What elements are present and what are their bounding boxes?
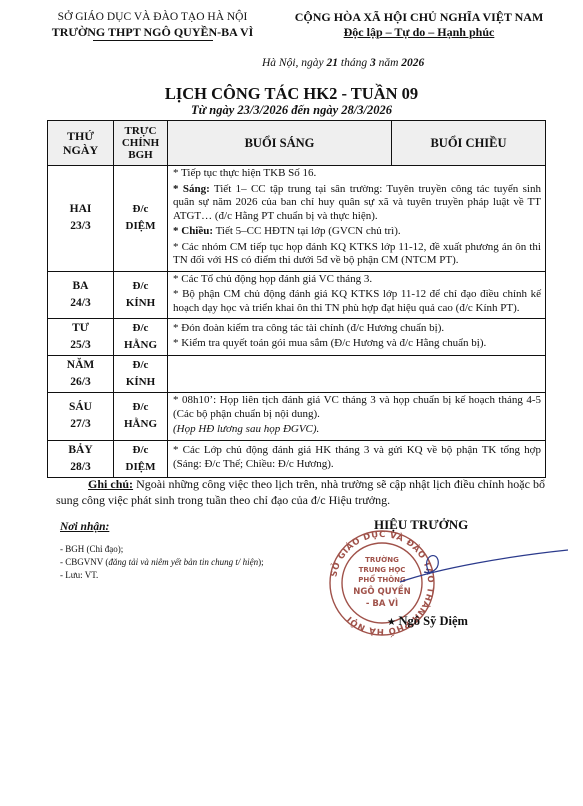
note-label: Ghi chú:: [88, 477, 133, 491]
table-row: HAI23/3Đ/cDIỆM* Tiếp tục thực hiện TKB S…: [48, 166, 546, 272]
duty-line: DIỆM: [115, 459, 166, 476]
national-header: CỘNG HÒA XÃ HỘI CHỦ NGHĨA VIỆT NAM Độc l…: [285, 10, 553, 40]
cell-schedule: [168, 356, 546, 393]
cell-duty: Đ/cKÍNH: [114, 356, 168, 393]
schedule-item-text: * Các Lớp chủ động đánh giá HK tháng 3 v…: [173, 444, 541, 470]
weekday: BẢY: [49, 442, 112, 459]
document-subtitle: Từ ngày 23/3/2026 đến ngày 28/3/2026: [0, 103, 583, 118]
table-row: SÁU27/3Đ/cHẰNG* 08h10’: Họp liên tịch đá…: [48, 393, 546, 441]
schedule-item: * Các Lớp chủ động đánh giá HK tháng 3 v…: [173, 444, 541, 471]
weekday: BA: [49, 278, 112, 295]
date: 26/3: [49, 374, 112, 391]
column-header-duty-line: BGH: [115, 149, 166, 161]
column-header-day-line: THỨ: [49, 129, 112, 143]
recipient-text: - BGH (Chỉ đạo);: [60, 544, 123, 554]
cell-day: NĂM26/3: [48, 356, 114, 393]
column-header-duty: TRỰC CHÍNH BGH: [114, 121, 168, 166]
recipients-title: Nơi nhận:: [60, 521, 109, 533]
school-name: TRƯỜNG THPT NGÔ QUYỀN-BA VÌ: [50, 25, 255, 40]
schedule-item: * Tiếp tục thực hiện TKB Số 16.: [173, 167, 541, 181]
column-header-morning: BUỔI SÁNG: [168, 121, 392, 166]
schedule-item-label: * Sáng:: [173, 183, 210, 195]
cell-schedule: * Đón đoàn kiểm tra công tác tài chính (…: [168, 319, 546, 356]
schedule-item: * Chiều: Tiết 5–CC HĐTN tại lớp (GVCN ch…: [173, 225, 541, 239]
duty-line: DIỆM: [115, 218, 166, 235]
schedule-item-text: * Các nhóm CM tiếp tục họp đánh KQ KTKS …: [173, 241, 541, 267]
schedule-table: THỨ NGÀY TRỰC CHÍNH BGH BUỔI SÁNG BUỔI C…: [47, 120, 546, 478]
weekday: TƯ: [49, 320, 112, 337]
duty-line: KÍNH: [115, 295, 166, 312]
weekday: NĂM: [49, 357, 112, 374]
schedule-item-text: (Họp HĐ lương sau họp ĐGVC).: [173, 423, 319, 435]
duty-line: HẰNG: [115, 416, 166, 433]
schedule-item: * Sáng: Tiết 1– CC tập trung tại sân trư…: [173, 183, 541, 224]
table-row: BẢY28/3Đ/cDIỆM * Các Lớp chủ động đánh g…: [48, 440, 546, 477]
column-header-afternoon: BUỔI CHIỀU: [392, 121, 546, 166]
schedule-item: * Các nhóm CM tiếp tục họp đánh KQ KTKS …: [173, 241, 541, 268]
column-header-day-line: NGÀY: [49, 143, 112, 157]
recipient-item: - Lưu: VT.: [60, 569, 264, 582]
nation-name: CỘNG HÒA XÃ HỘI CHỦ NGHĨA VIỆT NAM: [285, 10, 553, 25]
recipient-text: - CBGVNV (: [60, 557, 108, 567]
cell-schedule: * Các Tổ chủ động họp đánh giá VC tháng …: [168, 271, 546, 319]
recipients-list: - BGH (Chỉ đạo);- CBGVNV (đăng tải và ni…: [60, 543, 264, 582]
recipient-note: đăng tải và niêm yết bản tin chung t/ hi…: [108, 557, 258, 567]
schedule-item: (Họp HĐ lương sau họp ĐGVC).: [173, 423, 541, 437]
cell-schedule: * Tiếp tục thực hiện TKB Số 16.* Sáng: T…: [168, 166, 546, 272]
schedule-item: * Kiểm tra quyết toán gói mua sắm (Đ/c H…: [173, 337, 541, 351]
recipient-text: - Lưu: VT.: [60, 570, 98, 580]
cell-day: HAI23/3: [48, 166, 114, 272]
signature-scribble: [390, 548, 570, 588]
weekday: HAI: [49, 201, 112, 218]
schedule-item-text: * Kiểm tra quyết toán gói mua sắm (Đ/c H…: [173, 337, 486, 349]
cell-day: BA24/3: [48, 271, 114, 319]
schedule-item-text: Tiết 1– CC tập trung tại sân trường: Tuy…: [173, 183, 541, 222]
date-day: 21: [327, 57, 339, 69]
date-line: Hà Nội, ngày 21 tháng 3 năm 2026: [262, 57, 424, 69]
schedule-item: * Đón đoàn kiểm tra công tác tài chính (…: [173, 322, 541, 336]
cell-duty: Đ/cDIỆM: [114, 166, 168, 272]
duty-line: Đ/c: [115, 278, 166, 295]
schedule-item-label: * Chiều:: [173, 225, 213, 237]
date-prefix: Hà Nội, ngày: [262, 57, 327, 69]
recipient-suffix: );: [258, 557, 264, 567]
signer-name: ★ Ngô Sỹ Diệm: [387, 614, 468, 629]
date-year-label: năm: [376, 57, 402, 69]
cell-day: SÁU27/3: [48, 393, 114, 441]
duty-line: Đ/c: [115, 357, 166, 374]
signer-name-text: Ngô Sỹ Diệm: [398, 614, 467, 628]
schedule-item: * Các Tổ chủ động họp đánh giá VC tháng …: [173, 273, 541, 287]
cell-day: BẢY28/3: [48, 440, 114, 477]
document-title: LỊCH CÔNG TÁC HK2 - TUẦN 09: [0, 84, 583, 104]
cell-schedule: * Các Lớp chủ động đánh giá HK tháng 3 v…: [168, 440, 546, 477]
recipient-item: - CBGVNV (đăng tải và niêm yết bản tin c…: [60, 556, 264, 569]
duty-line: Đ/c: [115, 442, 166, 459]
table-row: BA24/3Đ/cKÍNH* Các Tổ chủ động họp đánh …: [48, 271, 546, 319]
cell-duty: Đ/cHẰNG: [114, 319, 168, 356]
column-header-day: THỨ NGÀY: [48, 121, 114, 166]
duty-line: HẰNG: [115, 337, 166, 354]
schedule-item-text: * Đón đoàn kiểm tra công tác tài chính (…: [173, 322, 444, 334]
duty-line: KÍNH: [115, 374, 166, 391]
date-month-label: tháng: [338, 57, 370, 69]
column-header-duty-line: TRỰC: [115, 125, 166, 137]
date: 28/3: [49, 459, 112, 476]
table-header-row: THỨ NGÀY TRỰC CHÍNH BGH BUỔI SÁNG BUỔI C…: [48, 121, 546, 166]
department-name: SỞ GIÁO DỤC VÀ ĐÀO TẠO HÀ NỘI: [50, 10, 255, 25]
schedule-item-text: Tiết 5–CC HĐTN tại lớp (GVCN chủ trì).: [213, 225, 401, 237]
issuer-block: SỞ GIÁO DỤC VÀ ĐÀO TẠO HÀ NỘI TRƯỜNG THP…: [50, 10, 255, 41]
cell-duty: Đ/cHẰNG: [114, 393, 168, 441]
schedule-item: * 08h10’: Họp liên tịch đánh giá VC thán…: [173, 394, 541, 421]
cell-schedule: * 08h10’: Họp liên tịch đánh giá VC thán…: [168, 393, 546, 441]
schedule-item: * Bộ phận CM chủ động đánh giá KQ KTKS l…: [173, 288, 541, 315]
school-underline: [93, 40, 213, 41]
seal-star-icon: ★: [387, 617, 398, 628]
date: 24/3: [49, 295, 112, 312]
date: 27/3: [49, 416, 112, 433]
recipient-item: - BGH (Chỉ đạo);: [60, 543, 264, 556]
schedule-item-text: * 08h10’: Họp liên tịch đánh giá VC thán…: [173, 394, 541, 420]
date: 23/3: [49, 218, 112, 235]
column-header-duty-line: CHÍNH: [115, 137, 166, 149]
duty-line: Đ/c: [115, 201, 166, 218]
table-row: NĂM26/3Đ/cKÍNH: [48, 356, 546, 393]
duty-line: Đ/c: [115, 399, 166, 416]
schedule-item-text: * Bộ phận CM chủ động đánh giá KQ KTKS l…: [173, 288, 541, 314]
date: 25/3: [49, 337, 112, 354]
school-name-text: TRƯỜNG THPT NGÔ QUYỀN-BA VÌ: [52, 25, 254, 39]
cell-duty: Đ/cKÍNH: [114, 271, 168, 319]
schedule-item-text: * Các Tổ chủ động họp đánh giá VC tháng …: [173, 273, 372, 285]
table-row: TƯ25/3Đ/cHẰNG* Đón đoàn kiểm tra công tá…: [48, 319, 546, 356]
schedule-item-text: * Tiếp tục thực hiện TKB Số 16.: [173, 167, 316, 179]
seal-inner-line: - BA VÌ: [366, 597, 398, 609]
weekday: SÁU: [49, 399, 112, 416]
cell-day: TƯ25/3: [48, 319, 114, 356]
date-year: 2026: [401, 57, 424, 69]
cell-duty: Đ/cDIỆM: [114, 440, 168, 477]
note-paragraph: Ghi chú: Ngoài những công việc theo lịch…: [56, 477, 545, 508]
national-motto: Độc lập – Tự do – Hạnh phúc: [285, 25, 553, 40]
duty-line: Đ/c: [115, 320, 166, 337]
